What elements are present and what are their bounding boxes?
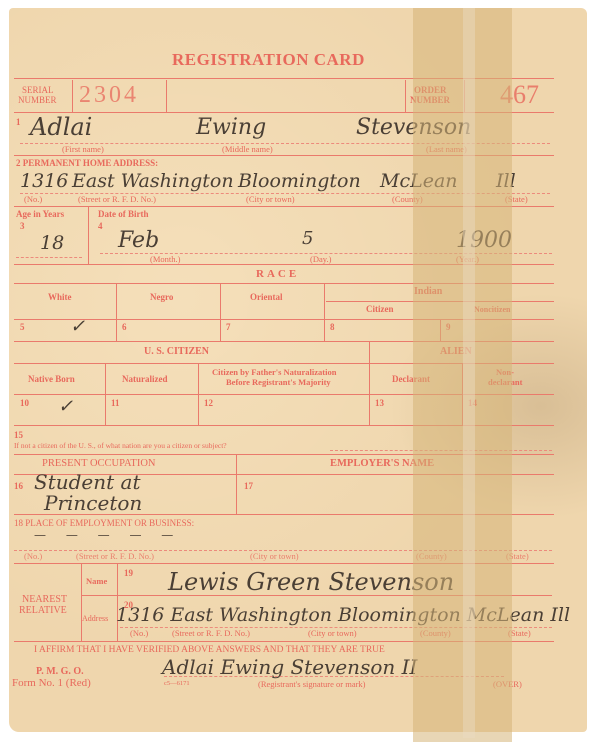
field-number: 12 — [204, 398, 213, 408]
divider — [72, 80, 73, 112]
relative-address-caption: (City or town) — [308, 628, 357, 638]
affirmation-text: I AFFIRM THAT I HAVE VERIFIED ABOVE ANSW… — [34, 645, 385, 655]
middle-name-value: Ewing — [196, 115, 266, 140]
birth-month-value: Feb — [118, 228, 159, 253]
adhesive-tape-crease — [463, 8, 475, 738]
form-number: Form No. 1 (Red) — [12, 677, 91, 689]
field-number: 11 — [111, 398, 120, 408]
field-number: 15 — [14, 430, 23, 440]
field-number: 8 — [330, 322, 335, 332]
serial-label: NUMBER — [18, 95, 57, 105]
birth-caption: (Month.) — [150, 254, 180, 264]
birth-day-value: 5 — [302, 228, 313, 249]
serial-number: 2304 — [79, 82, 139, 109]
naturalized-label: Naturalized — [122, 374, 168, 384]
employment-place-value: — — — — — — [34, 528, 181, 542]
field-number: 13 — [375, 398, 384, 408]
divider — [324, 283, 325, 341]
field-number: 5 — [20, 322, 25, 332]
middle-name-caption: (Middle name) — [222, 144, 273, 154]
first-name-caption: (First name) — [62, 144, 104, 154]
field-number: 3 — [20, 221, 25, 231]
address-caption: (Street or R. F. D. No.) — [78, 194, 156, 204]
employment-caption: (City or town) — [250, 551, 299, 561]
divider — [166, 80, 167, 112]
relative-address-caption: (Street or R. F. D. No.) — [172, 628, 250, 638]
employment-place-label: 18 PLACE OF EMPLOYMENT OR BUSINESS: — [14, 518, 194, 528]
divider — [405, 80, 406, 112]
divider — [369, 341, 370, 425]
age-value: 18 — [40, 232, 64, 254]
native-born-checkmark: ✓ — [58, 396, 73, 417]
home-address-street: East Washington — [72, 170, 234, 192]
divider — [220, 283, 221, 341]
nearest-relative-label: NEAREST — [22, 594, 67, 605]
nearest-relative-label: RELATIVE — [19, 605, 67, 616]
field-number: 1 — [16, 117, 21, 127]
divider — [117, 563, 118, 641]
white-checkmark: ✓ — [70, 316, 85, 337]
age-label: Age in Years — [16, 209, 64, 219]
relative-address-label: Address — [82, 614, 108, 623]
divider — [116, 283, 117, 341]
address-caption: (No.) — [24, 194, 42, 204]
age-underline — [16, 257, 82, 258]
divider — [88, 206, 89, 264]
address-caption: (City or town) — [246, 194, 295, 204]
relative-name-value: Lewis Green Stevenson — [168, 568, 454, 596]
home-address-no: 1316 — [20, 170, 68, 192]
occupation-heading: PRESENT OCCUPATION — [42, 458, 156, 469]
home-address-label: 2 PERMANENT HOME ADDRESS: — [16, 158, 158, 168]
serial-label: SERIAL — [22, 85, 54, 95]
field-number: 17 — [244, 481, 253, 491]
occupation-value: Princeton — [44, 491, 142, 515]
field-number: 16 — [14, 481, 23, 491]
native-born-label: Native Born — [28, 374, 75, 384]
field-number: 10 — [20, 398, 29, 408]
field-number: 6 — [122, 322, 127, 332]
race-heading: RACE — [256, 268, 299, 280]
field-number: 4 — [98, 221, 103, 231]
relative-name-label: Name — [86, 576, 107, 586]
race-indian-citizen-label: Citizen — [366, 304, 394, 314]
employment-caption: (Street or R. F. D. No.) — [76, 551, 154, 561]
first-name-value: Adlai — [30, 113, 92, 141]
race-negro-label: Negro — [150, 292, 173, 302]
divider — [81, 563, 82, 641]
home-address-city: Bloomington — [238, 170, 361, 192]
divider — [236, 454, 237, 514]
relative-address-caption: (No.) — [130, 628, 148, 638]
signature-caption: (Registrant's signature or mark) — [258, 679, 366, 689]
field-number: 7 — [226, 322, 231, 332]
print-code: c5—6171 — [164, 680, 190, 687]
us-citizen-heading: U. S. CITIZEN — [144, 346, 209, 357]
father-naturalization-label: Citizen by Father's Naturalization — [212, 367, 336, 377]
race-oriental-label: Oriental — [250, 292, 283, 302]
card-title: REGISTRATION CARD — [172, 50, 365, 70]
race-white-label: White — [48, 292, 72, 302]
employment-caption: (No.) — [24, 551, 42, 561]
nation-question: If not a citizen of the U. S., of what n… — [14, 441, 227, 450]
field-number: 19 — [124, 568, 133, 578]
birth-caption: (Day.) — [310, 254, 331, 264]
birth-label: Date of Birth — [98, 209, 149, 219]
pmgo-label: P. M. G. O. — [36, 666, 84, 677]
father-naturalization-label: Before Registrant's Majority — [226, 377, 331, 387]
